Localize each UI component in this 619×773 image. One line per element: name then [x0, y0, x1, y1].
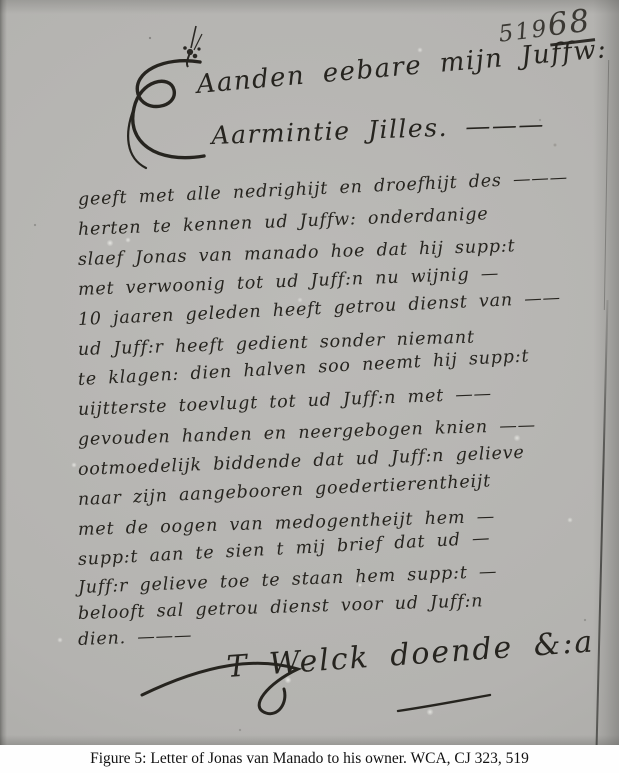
letter-line: dien. ——— [78, 626, 193, 650]
manuscript-scan: 51968 Aanden eebare mijn Juffw: Aarminti… [0, 0, 619, 745]
letter-line: belooft sal getrou dienst voor ud Juff:n [78, 591, 484, 624]
letter-line: uijtterste toevlugt tot ud Juff:n met —— [78, 384, 493, 420]
figure-caption: Figure 5: Letter of Jonas van Manado to … [0, 745, 619, 773]
letter-line: herten te kennen ud Juffw: onderdanige [78, 204, 489, 240]
figure-5: 51968 Aanden eebare mijn Juffw: Aarminti… [0, 0, 619, 773]
letter-line: geeft met alle nedrighijt en droefhijt d… [78, 168, 569, 210]
